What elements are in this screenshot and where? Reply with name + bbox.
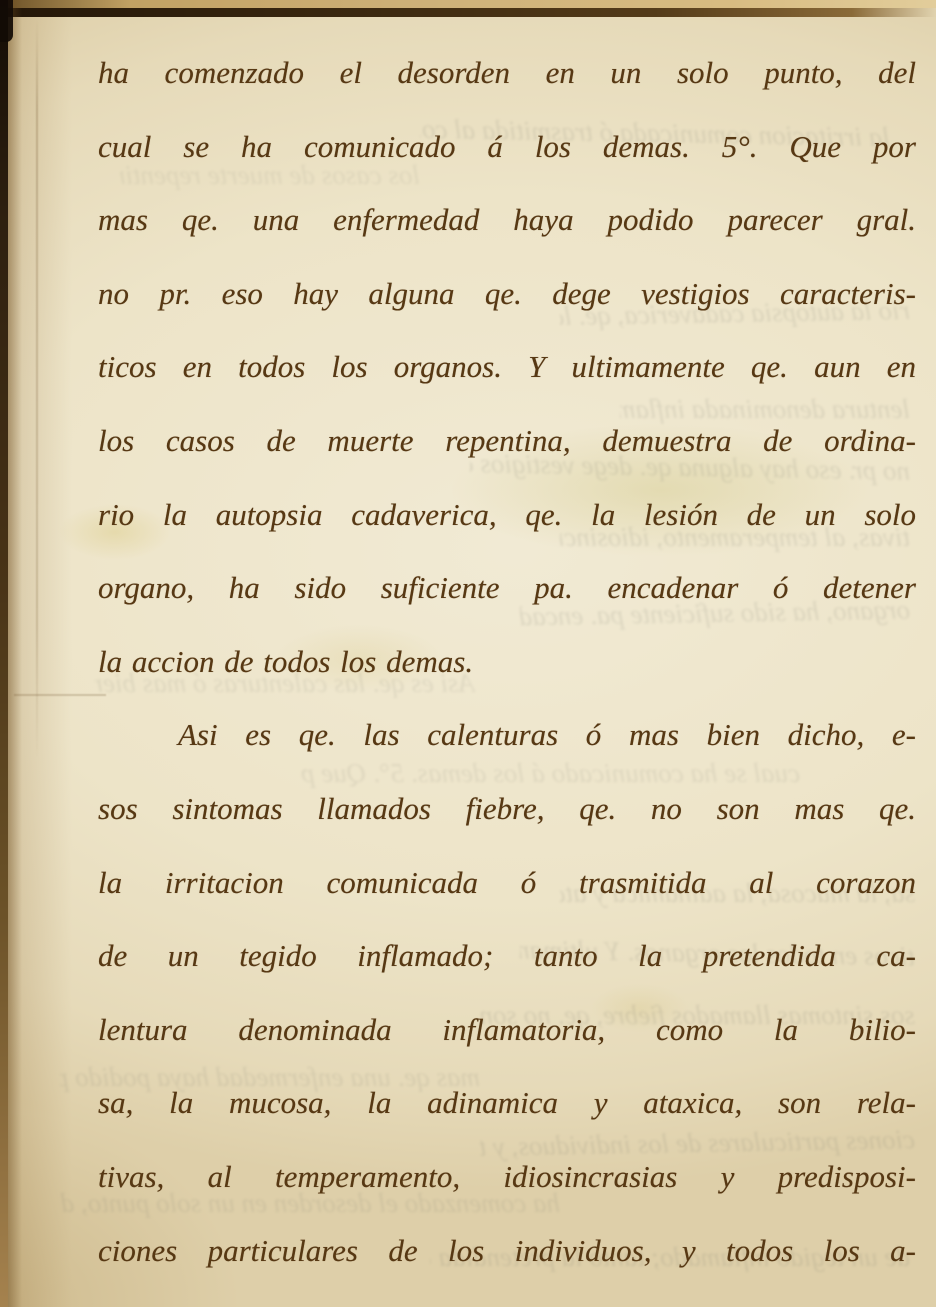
manuscript-line: organo, ha sido suficiente pa. encadenar… (98, 559, 916, 633)
manuscript-line: ha comenzado el desorden en un solo punt… (98, 44, 916, 118)
manuscript-line: de un tegido inflamado; tanto la pretend… (98, 927, 916, 1001)
manuscript-line: mas qe. una enfermedad haya podido parec… (98, 191, 916, 265)
page-corner-shadow (0, 0, 13, 42)
page-top-edge-shadow (0, 8, 936, 17)
manuscript-line: sa, la mucosa, la adinamica y ataxica, s… (98, 1074, 916, 1148)
binding-edge-shadow (8, 0, 22, 1307)
manuscript-line: cual se ha comunicado á los demas. 5°. Q… (98, 118, 916, 192)
manuscript-text-block: ha comenzado el desorden en un solo punt… (98, 44, 916, 1295)
manuscript-line: los casos de muerte repentina, demuestra… (98, 412, 916, 486)
manuscript-page: la irritacion comunicada ó trasmitida al… (0, 0, 936, 1307)
manuscript-line: la irritacion comunicada ó trasmitida al… (98, 854, 916, 928)
manuscript-line: sos sintomas llamados fiebre, qe. no son… (98, 780, 916, 854)
manuscript-line: rio la autopsia cadaverica, qe. la lesió… (98, 486, 916, 560)
manuscript-line: ciones particulares de los individuos, y… (98, 1222, 916, 1296)
binding-edge (0, 0, 8, 1307)
manuscript-line: lentura denominada inflamatoria, como la… (98, 1001, 916, 1075)
manuscript-line: ticos en todos los organos. Y ultimament… (98, 338, 916, 412)
paper-fold-crease (14, 694, 106, 696)
manuscript-line: no pr. eso hay alguna qe. dege vestigios… (98, 265, 916, 339)
page-top-edge (0, 0, 936, 8)
manuscript-line: tivas, al temperamento, idiosincrasias y… (98, 1148, 916, 1222)
manuscript-line: la accion de todos los demas. (98, 633, 916, 707)
manuscript-line: Asi es qe. las calenturas ó mas bien dic… (98, 706, 916, 780)
paper-fold-crease (36, 20, 38, 758)
